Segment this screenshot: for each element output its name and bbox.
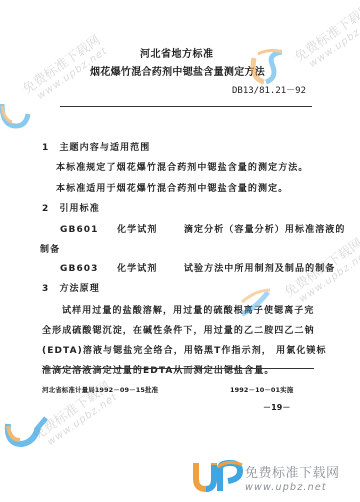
reference-category: 化学试剂 — [117, 264, 157, 274]
up-logo-icon — [2, 410, 52, 450]
implementation-date: 1992－10－01实施 — [230, 385, 293, 394]
section-1-heading: 1 主题内容与适用范围 — [42, 140, 150, 153]
section-3-line-4: 准滴定溶液滴定过量的EDTA从而测定出锶盐含量。 — [42, 363, 274, 376]
section-2-heading: 2 引用标准 — [42, 201, 100, 214]
reference-code: GB603 — [60, 264, 99, 274]
watermark-top-right: 免费标准下载网 www.upbz.net — [290, 0, 360, 75]
issuer-title: 河北省地方标准 — [140, 45, 214, 60]
section-3-heading: 3 方法原理 — [42, 281, 100, 294]
page-number: －19－ — [263, 402, 291, 413]
section-1-paragraph-2: 本标准适用于烟花爆竹混合药剂中锶盐含量的测定。 — [56, 181, 288, 194]
brand-name: 免费标准下载网 — [245, 462, 340, 481]
reference-gb601-continued: 制备 — [40, 242, 60, 255]
reference-title: 滴定分析（容量分析）用标准溶液的 — [184, 225, 346, 235]
section-1-paragraph-1: 本标准规定了烟花爆竹混合药剂中锶盐含量的测定方法。 — [56, 160, 309, 173]
section-3-line-3: (EDTA)溶液与锶盐完全络合，用铬黑T作指示剂， 用氯化镁标 — [42, 343, 327, 356]
up-logo-icon — [0, 100, 34, 130]
upbz-brand-logo-icon — [192, 459, 244, 493]
reference-gb601: GB601 化学试剂 滴定分析（容量分析）用标准溶液的 — [60, 222, 346, 235]
reference-gb603: GB603 化学试剂 试验方法中所用制剂及制品的制备 — [60, 261, 335, 274]
section-3-line-2: 全形成硫酸锶沉淀，在碱性条件下，用过量的乙二胺四乙二钠 — [42, 323, 315, 336]
document-page: 河北省地方标准 烟花爆竹混合药剂中锶盐含量测定方法 DB13/81.21－92 … — [0, 0, 360, 502]
brand-watermark: 免费标准下载网 www.upbz.net — [245, 462, 340, 493]
brand-url: www.upbz.net — [245, 482, 340, 493]
header-divider — [60, 106, 312, 107]
up-logo-icon — [238, 284, 274, 320]
footer-divider — [42, 368, 314, 369]
document-title: 烟花爆竹混合药剂中锶盐含量测定方法 — [90, 63, 265, 78]
up-logo-icon — [248, 48, 290, 88]
section-3-line-1: 试样用过量的盐酸溶解，用过量的硫酸根离子使锶离子完 — [62, 303, 315, 316]
reference-code: GB601 — [60, 225, 99, 235]
reference-category: 化学试剂 — [117, 225, 157, 235]
